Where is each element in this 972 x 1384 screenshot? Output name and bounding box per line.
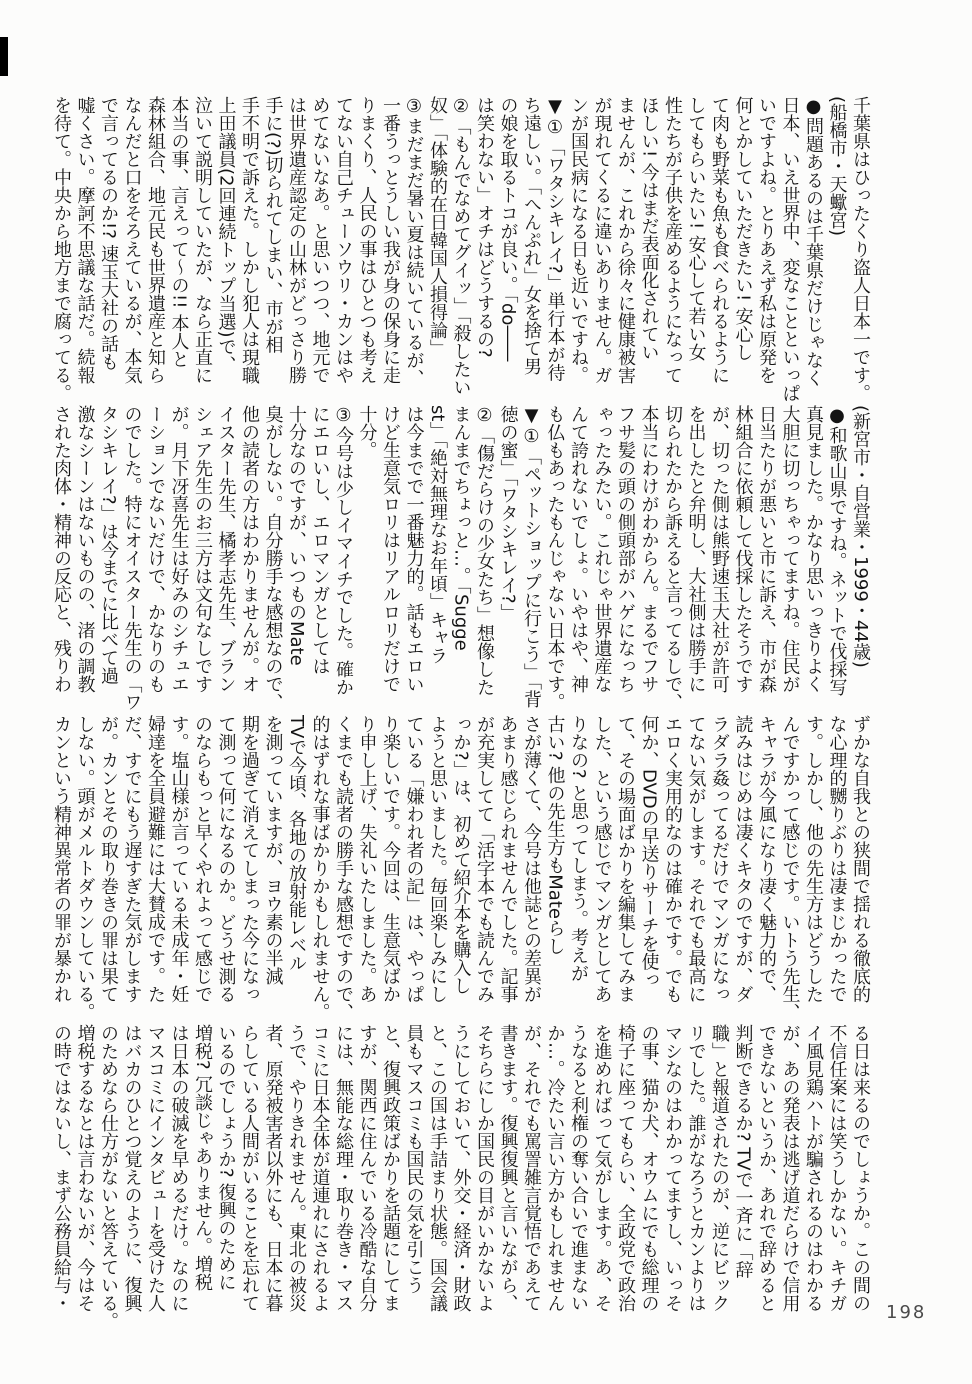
text-column: 婦達を全員避難には大賛成です。た: [144, 715, 168, 1019]
text-column: した、という感じでマンガとしてあ: [590, 715, 614, 1019]
page-number: 198: [886, 1302, 926, 1323]
text-column: 増税? 冗談じゃありません。増税: [191, 1024, 215, 1328]
text-column: いですよね。とりあえず私は原発を: [755, 96, 779, 400]
text-column: TVで今頃、各地の放射能レベル: [285, 715, 309, 1019]
text-column: (船橋市・天蠍宮): [825, 96, 849, 400]
text-column: マスコミにインタビューを受けた人: [144, 1024, 168, 1328]
text-column: を測っていますが、ヨウ素の半減: [261, 715, 285, 1019]
text-column: 切られたから訴えると言ってるしで、: [661, 405, 685, 709]
reader-letter-block-1: 千葉県はひったくり盗人日本一です。(船橋市・天蠍宮)●問題あるのは千葉県だけじゃ…: [50, 96, 873, 400]
text-column: 徳の蜜」「ワタシキレイ?」: [496, 405, 520, 709]
text-column: 日当たりが悪いと市に訴え、市が森: [755, 405, 779, 709]
text-column: 的はずれな事ばかりかもしれません。: [308, 715, 332, 1019]
text-column: 判断できるか? TVで一斉に「辞: [731, 1024, 755, 1328]
text-column: のでした。特にオイスター先生の「ワ: [120, 405, 144, 709]
text-column: された肉体・精神の反応と、残りわ: [50, 405, 74, 709]
text-column: コミに日本全体が道連れにされるよ: [308, 1024, 332, 1328]
text-column: 手に(?)切られてしまい、市が相: [261, 96, 285, 400]
text-column: 椅子に座ってもらい、全政党で政治: [614, 1024, 638, 1328]
text-column: ている「嫌われ者の記」は、やっぱ: [402, 715, 426, 1019]
text-column: り申し上げ、失礼いたしました。あ: [355, 715, 379, 1019]
text-column: めてないなあ。と思いつつ、地元で: [308, 96, 332, 400]
text-column: できないというか、あれで辞めると: [755, 1024, 779, 1328]
text-column: なんだと口をそろえているが、本気: [120, 96, 144, 400]
text-column: で言ってるのか!? 速玉大社の話も: [97, 96, 121, 400]
text-column: を出したと弁明し、大社側は勝手に: [684, 405, 708, 709]
text-column: てない気がします。それでも最高に: [684, 715, 708, 1019]
text-column: 真見ました。かなり思いっきりよく: [802, 405, 826, 709]
text-column: うにしておいて、外交・経済・財政: [449, 1024, 473, 1328]
text-column: うなると利権の奪い合いで進まない: [567, 1024, 591, 1328]
text-column: リでした。誰がなろうとカンよりは: [684, 1024, 708, 1328]
text-column: (新宮市・自営業・1999・44歳): [849, 405, 873, 709]
text-column: イ風見鶏ハトが騙されるのはわかる: [802, 1024, 826, 1328]
text-column: ②「傷だらけの少女たち」想像した: [473, 405, 497, 709]
text-column: ーションでないだけで、かなりのも: [144, 405, 168, 709]
text-column: が。月下冴喜先生は好みのシチュエ: [167, 405, 191, 709]
text-column: そちらにしか国民の目がいかないよ: [473, 1024, 497, 1328]
text-column: は笑わない」オチはどうするの?: [473, 96, 497, 400]
text-column: 員もマスコミも国民の気を引こう: [402, 1024, 426, 1328]
text-column: る日は来るのでしょうか。この間の: [849, 1024, 873, 1328]
text-column: しない。頭がメルトダウンしている。: [73, 715, 97, 1019]
text-column: 古い? 他の先生方もMateらし: [543, 715, 567, 1019]
text-column: か…。冷たい言い方かもしれません: [543, 1024, 567, 1328]
text-column: にエロいし、エロマンガとしては: [308, 405, 332, 709]
text-column: 奴」「体験的在日韓国人損得論」: [426, 96, 450, 400]
text-column: らしている人間がいることを忘れて: [238, 1024, 262, 1328]
text-column: り楽しいです。今回は、生意気ばか: [379, 715, 403, 1019]
text-column: っか?」は、初めて紹介本を購入し: [449, 715, 473, 1019]
text-column: が現れてくるに違いありません。ガ: [590, 96, 614, 400]
text-column: 大胆に切っちゃってますね。住民が: [778, 405, 802, 709]
text-column: ようと思いました。毎回楽しみにし: [426, 715, 450, 1019]
text-column: の時ではないし、まず公務員給与・: [50, 1024, 74, 1328]
text-column: 他の読者の方はわかりませんが。オ: [238, 405, 262, 709]
text-column: 何とかしていただきたい! 安心し: [731, 96, 755, 400]
text-column: くまでも読者の勝手な感想ですので、: [332, 715, 356, 1019]
text-column: りまくり、人民の事はひとつも考え: [355, 96, 379, 400]
text-column: な心理的嬲りぶりは凄まじかったで: [825, 715, 849, 1019]
text-column: ずかな自我との狭間で揺れる徹底的: [849, 715, 873, 1019]
text-column: シェア先生のお三方は文句なしです: [191, 405, 215, 709]
text-column: を待て。中央から地方まで腐ってる。: [50, 96, 74, 400]
text-column: ち遠しい。「へんぷれ」女を捨て男: [520, 96, 544, 400]
text-column: けど生意気ロリはリアルロリだけで: [379, 405, 403, 709]
text-column: て、その場面ばかりを編集してみま: [614, 715, 638, 1019]
text-column: マシなのはわかってますし、いっそ: [661, 1024, 685, 1328]
text-column: と、この国は手詰まり状態。国会議: [426, 1024, 450, 1328]
text-column: 手不明で訴えた。しかし犯人は現職: [238, 96, 262, 400]
text-column: ③まだまだ暑い夏は続いているが、: [402, 96, 426, 400]
text-column: 者、原発被害者以外にも、日本に暮: [261, 1024, 285, 1328]
reader-letter-block-3: ずかな自我との狭間で揺れる徹底的な心理的嬲りぶりは凄まじかったです。しかし、他の…: [50, 715, 873, 1019]
text-column: 十分。: [355, 405, 379, 709]
text-column: ▼①「ペットショップに行こう」「背: [520, 405, 544, 709]
text-column: まんまでちょっと…。「Sugge: [449, 405, 473, 709]
text-column: だ、すでにもう遅すぎた気がします: [120, 715, 144, 1019]
text-column: も仏もあったもんじゃない日本です。: [543, 405, 567, 709]
text-column: は今までで一番魅力的。話もエロい: [402, 405, 426, 709]
text-column: 期を過ぎて消えてしまった今になっ: [238, 715, 262, 1019]
text-column: ▼①「ワタシキレイ?」単行本が待: [543, 96, 567, 400]
text-column: ●和歌山県ですね。ネットで伐採写: [825, 405, 849, 709]
text-column: のためなら仕方がないと答えている。: [97, 1024, 121, 1328]
text-column: してもらいたい! 安心して若い女: [684, 96, 708, 400]
text-column: 千葉県はひったくり盗人日本一です。: [849, 96, 873, 400]
text-column: はバカのひとつ覚えのように、復興: [120, 1024, 144, 1328]
text-column: が。カンとその取り巻きの罪は果て: [97, 715, 121, 1019]
text-column: ラダラ姦ってるだけでマンガになっ: [708, 715, 732, 1019]
text-column: が、あの発表は逃げ道だらけで信用: [778, 1024, 802, 1328]
text-column: 本当の事、言えって〜の!! 本人と: [167, 96, 191, 400]
text-column: 泣いて説明していたが、なら正直に: [191, 96, 215, 400]
text-column: 性たちが子供を産めるようになって: [661, 96, 685, 400]
text-column: は日本の破滅を早めるだけ。なのに: [167, 1024, 191, 1328]
text-column: 森林組合、地元民も世界遺産と知ら: [144, 96, 168, 400]
text-column: フサ髪の頭の側頭部がハゲになっち: [614, 405, 638, 709]
text-column: イスター先生、橘孝志先生、ブラン: [214, 405, 238, 709]
text-column: 本当にわけがわからん。まるでフサ: [637, 405, 661, 709]
text-column: のならもっと早くやれよって感じで: [191, 715, 215, 1019]
text-column: と、復興政策ばかりを話題にしてま: [379, 1024, 403, 1328]
text-column: には、無能な総理・取り巻き・マス: [332, 1024, 356, 1328]
text-column: 激なシーンはないものの、渚の調教: [73, 405, 97, 709]
text-column: あまり感じられませんでした。記事: [496, 715, 520, 1019]
text-column: ゃったみたい。これじゃ世界遺産な: [590, 405, 614, 709]
text-column: の事、猫か犬、オウムにでも総理の: [637, 1024, 661, 1328]
text-column: 不信任案には笑うしかない。キチガ: [825, 1024, 849, 1328]
text-column: 臭がしない。自分勝手な感想なので、: [261, 405, 285, 709]
text-column: カンという精神異常者の罪が暴かれ: [50, 715, 74, 1019]
text-column: が、切った側は熊野速玉大社が許可: [708, 405, 732, 709]
text-column: ンが国民病になる日も近いですね。: [567, 96, 591, 400]
text-column: が、それでも罵詈雑言覚悟であえて: [520, 1024, 544, 1328]
text-column: ③今号は少しイマイチでした。確か: [332, 405, 356, 709]
text-column: 書きます。復興復興と言いながら、: [496, 1024, 520, 1328]
text-column: キャラが今風になり凄く魅力的で、: [755, 715, 779, 1019]
text-column: 十分なのですが、いつものMate: [285, 405, 309, 709]
text-column: いるのでしょうか? 復興のために: [214, 1024, 238, 1328]
text-column: st」「絶対無理なお年頃」キャラ: [426, 405, 450, 709]
text-column: を進めればって気がします。あ、そ: [590, 1024, 614, 1328]
text-column: すが、関西に住んでいる冷酷な自分: [355, 1024, 379, 1328]
text-column: 何か、DVDの早送りサーチを使っ: [637, 715, 661, 1019]
text-column: て肉も野菜も魚も食べられるように: [708, 96, 732, 400]
text-column: 林組合に依頼して伐採したそうです: [731, 405, 755, 709]
reader-letter-block-4: る日は来るのでしょうか。この間の不信任案には笑うしかない。キチガイ風見鶏ハトが騙…: [50, 1024, 873, 1328]
magazine-letters-page: 千葉県はひったくり盗人日本一です。(船橋市・天蠍宮)●問題あるのは千葉県だけじゃ…: [0, 0, 972, 1384]
text-column: ●問題あるのは千葉県だけじゃなく: [802, 96, 826, 400]
text-column: て測って何になるのか。どうせ測る: [214, 715, 238, 1019]
text-column: ほしい! 今はまだ表面化されてい: [637, 96, 661, 400]
text-column: んですかって感じです。いトう先生、: [778, 715, 802, 1019]
text-column: 増税するなとは言わないが、今はそ: [73, 1024, 97, 1328]
text-column: 職」と報道されたのが、逆にビック: [708, 1024, 732, 1328]
text-column: 嘘くさい。摩訶不思議な話だ。続報: [73, 96, 97, 400]
text-column: 上田議員(2回連続トップ当選)で、: [214, 96, 238, 400]
print-artifact-mark: [0, 37, 8, 76]
text-column: す。しかし、他の先生方はどうした: [802, 715, 826, 1019]
text-column: んて誇れないでしょ。いやはや、神: [567, 405, 591, 709]
text-column: は世界遺産認定の山林がどっさり勝: [285, 96, 309, 400]
text-column: エロく実用的なのは確かです。でも: [661, 715, 685, 1019]
text-column: ませんが、これから徐々に健康被害: [614, 96, 638, 400]
text-column: うで、やりきれません。東北の被災: [285, 1024, 309, 1328]
text-column: 一番うっとうしい我が身の保身に走: [379, 96, 403, 400]
text-column: りなの? と思ってしまう。考えが: [567, 715, 591, 1019]
text-column: さが薄くて、今号は他誌との差異が: [520, 715, 544, 1019]
text-column: てない自己チューソウリ・カンはや: [332, 96, 356, 400]
text-column: 日本、いえ世界中、変なことといっぱ: [778, 96, 802, 400]
text-column: が充実してて「活字本でも読んでみ: [473, 715, 497, 1019]
text-column: タシキレイ?」は今までに比べて過: [97, 405, 121, 709]
text-column: 読みはじめは凄くキタのですが、ダ: [731, 715, 755, 1019]
text-column: の娘を取るトコが良い。「do――: [496, 96, 520, 400]
reader-letter-block-2: (新宮市・自営業・1999・44歳)●和歌山県ですね。ネットで伐採写真見ました。…: [50, 405, 873, 709]
text-column: す。塩山様が言っている未成年・妊: [167, 715, 191, 1019]
text-column: ②「もんでなめてグイッ」「殺したい: [449, 96, 473, 400]
